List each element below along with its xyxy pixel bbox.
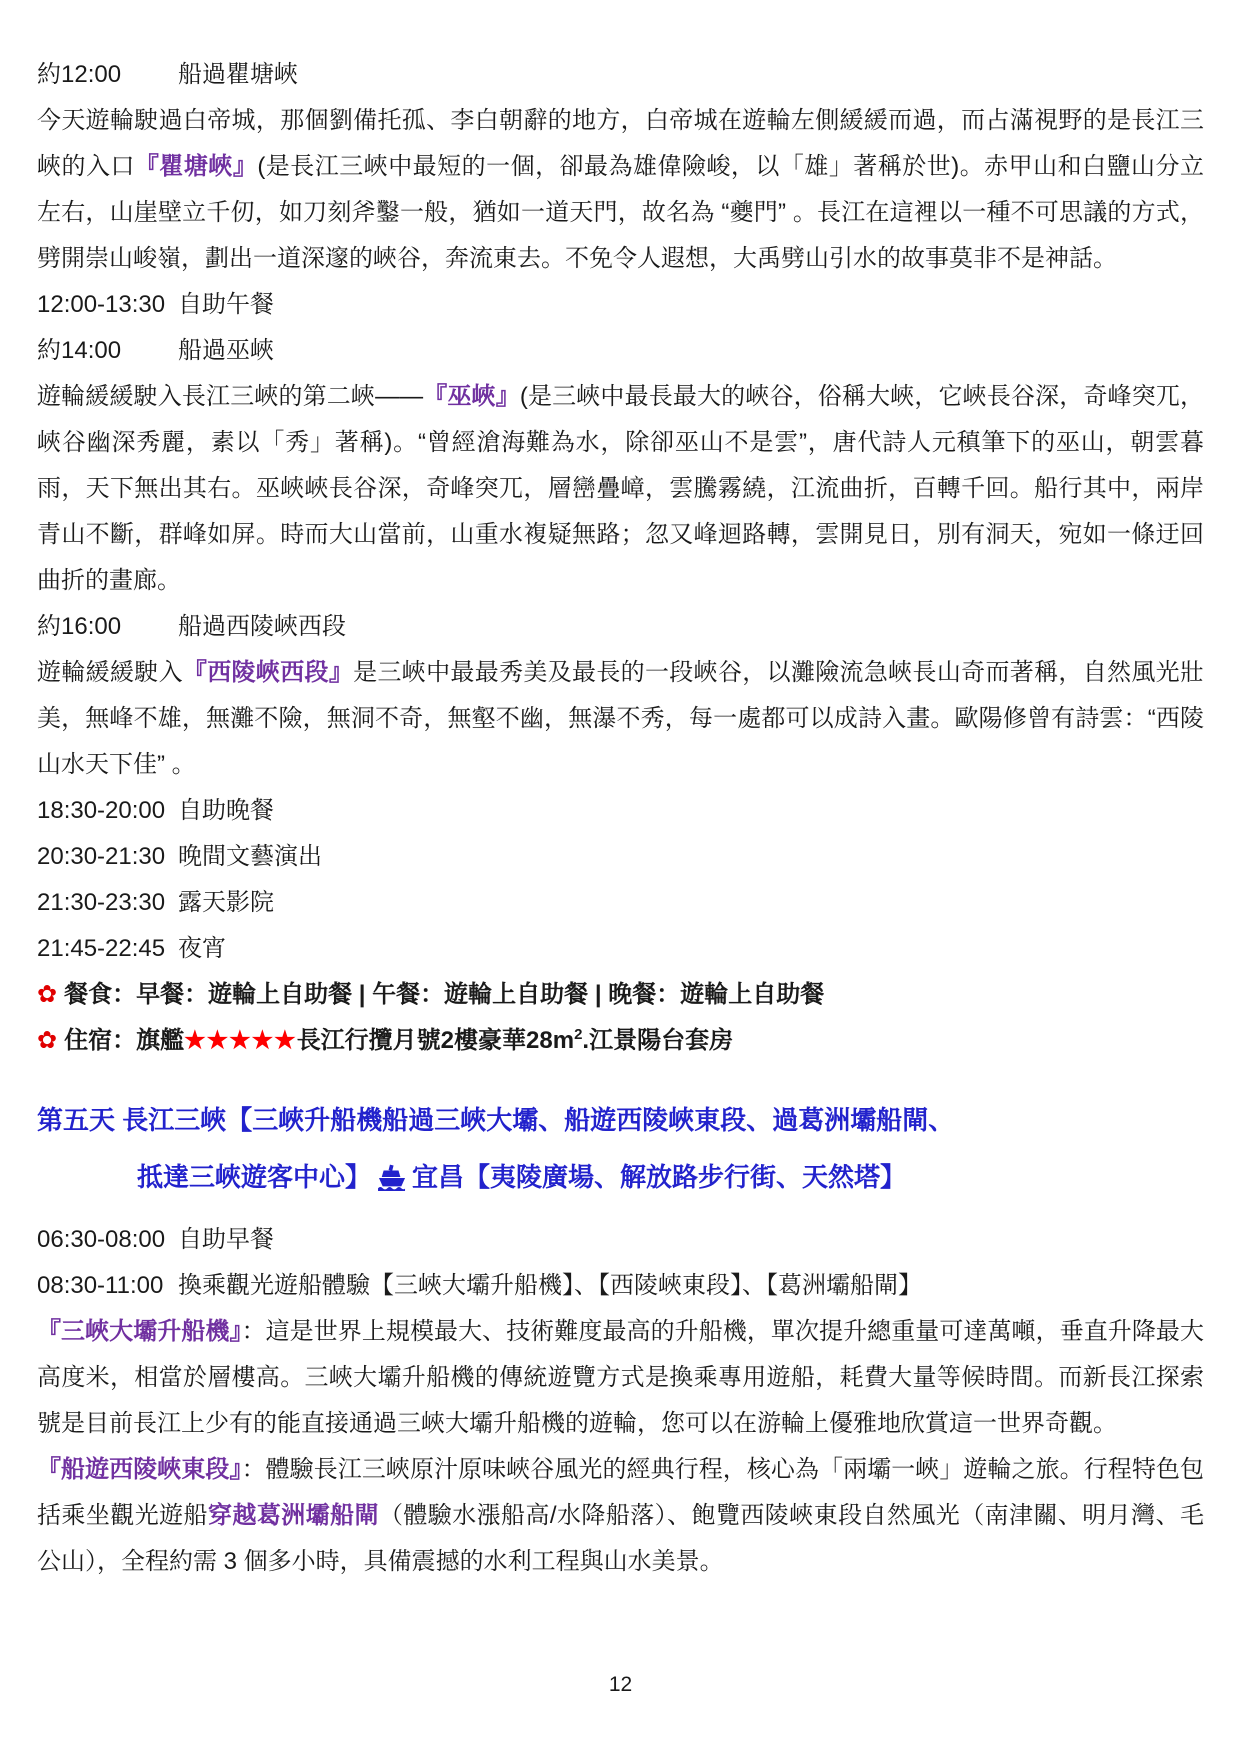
heading-text: 抵達三峽遊客中心】 [137,1162,371,1192]
schedule-row: 08:30-11:00 換乘觀光遊船體驗【三峽大壩升船機】、【西陵峽東段】、【葛… [37,1263,1204,1309]
paragraph-xiling-east: 『船遊西陵峽東段』：體驗長江三峽原汁原味峽谷風光的經典行程，核心為「兩壩一峽」遊… [37,1447,1204,1585]
schedule-row: 06:30-08:00 自助早餐 [37,1217,1204,1263]
star-rating: ★★★★★ [184,1027,297,1054]
schedule-row: 12:00-13:30 自助午餐 [37,282,1204,328]
text-run: (是三峽中最長最大的峽谷，俗稱大峽，它峽長谷深，奇峰突兀，峽谷幽深秀麗，素以「秀… [37,383,1204,594]
schedule-time: 20:30-21:30 [37,834,178,880]
schedule-row: 20:30-21:30 晚間文藝演出 [37,834,1204,880]
highlight-gezhouba-lock: 穿越葛洲壩船閘 [208,1502,379,1529]
text-run: 遊輪緩緩駛入長江三峽的第二峽—— [37,383,423,410]
highlight-xiling-west: 『西陵峽西段』 [183,659,353,686]
schedule-activity: 自助晚餐 [178,788,1204,834]
schedule-activity: 晚間文藝演出 [178,834,1204,880]
schedule-row: 21:30-23:30 露天影院 [37,880,1204,926]
schedule-time: 21:45-22:45 [37,926,178,972]
schedule-time: 12:00-13:30 [37,282,178,328]
paragraph-qutang-gorge: 今天遊輪駛過白帝城，那個劉備托孤、李白朝辭的地方，白帝城在遊輪左側緩緩而過，而占… [37,98,1204,282]
schedule-time: 約16:00 [37,604,178,650]
highlight-ship-lift: 『三峽大壩升船機』 [37,1318,242,1345]
meals-line: ✿餐食：早餐：遊輪上自助餐 | 午餐：遊輪上自助餐 | 晚餐：遊輪上自助餐 [37,972,1204,1018]
schedule-activity: 露天影院 [178,880,1204,926]
schedule-time: 21:30-23:30 [37,880,178,926]
schedule-activity: 夜宵 [178,926,1204,972]
schedule-row: 約12:00 船過瞿塘峽 [37,52,1204,98]
paragraph-xiling-west: 遊輪緩緩駛入『西陵峽西段』是三峽中最最秀美及最長的一段峽谷，以灘險流急峽長山奇而… [37,650,1204,788]
highlight-xiling-east-cruise: 『船遊西陵峽東段』 [37,1456,242,1483]
schedule-row: 18:30-20:00 自助晚餐 [37,788,1204,834]
paragraph-wu-gorge: 遊輪緩緩駛入長江三峽的第二峽——『巫峽』(是三峽中最長最大的峽谷，俗稱大峽，它峽… [37,374,1204,604]
schedule-row: 約14:00 船過巫峽 [37,328,1204,374]
document-page: 約12:00 船過瞿塘峽 今天遊輪駛過白帝城，那個劉備托孤、李白朝辭的地方，白帝… [37,52,1204,1697]
schedule-row: 約16:00 船過西陵峽西段 [37,604,1204,650]
day5-heading-line2: 抵達三峽遊客中心】宜昌【夷陵廣場、解放路步行街、天然塔】 [37,1149,1204,1211]
schedule-time: 08:30-11:00 [37,1263,178,1309]
page-number: 12 [37,1673,1204,1697]
day5-heading: 第五天 長江三峽【三峽升船機船過三峽大壩、船遊西陵峽東段、過葛洲壩船閘、 抵達三… [37,1092,1204,1211]
schedule-time: 約14:00 [37,328,178,374]
text-run: 遊輪緩緩駛入 [37,659,183,686]
lodging-text: .江景陽台套房 [582,1027,733,1054]
day5-heading-line1: 第五天 長江三峽【三峽升船機船過三峽大壩、船遊西陵峽東段、過葛洲壩船閘、 [37,1092,1204,1149]
meals-text: 早餐：遊輪上自助餐 | 午餐：遊輪上自助餐 | 晚餐：遊輪上自助餐 [136,981,824,1008]
flower-icon: ✿ [37,1027,57,1054]
schedule-time: 約12:00 [37,52,178,98]
lodging-label: 住宿：旗艦 [64,1027,184,1054]
schedule-activity: 換乘觀光遊船體驗【三峽大壩升船機】、【西陵峽東段】、【葛洲壩船閘】 [178,1263,1204,1309]
heading-text: 宜昌【夷陵廣場、解放路步行街、天然塔】 [412,1162,906,1192]
lodging-text: 長江行攬月號2樓豪華28m [297,1027,574,1054]
paragraph-ship-lift: 『三峽大壩升船機』：這是世界上規模最大、技術難度最高的升船機，單次提升總重量可達… [37,1309,1204,1447]
lodging-line: ✿住宿：旗艦★★★★★長江行攬月號2樓豪華28m2.江景陽台套房 [37,1018,1204,1064]
schedule-activity: 船過西陵峽西段 [178,604,1204,650]
schedule-activity: 船過巫峽 [178,328,1204,374]
highlight-qutang-gorge: 『瞿塘峽』 [135,153,257,180]
meals-label: 餐食： [64,981,136,1008]
schedule-activity: 船過瞿塘峽 [178,52,1204,98]
ship-icon [377,1154,407,1211]
schedule-activity: 自助早餐 [178,1217,1204,1263]
schedule-row: 21:45-22:45 夜宵 [37,926,1204,972]
flower-icon: ✿ [37,981,57,1008]
schedule-time: 06:30-08:00 [37,1217,178,1263]
highlight-wu-gorge: 『巫峽』 [423,383,520,410]
schedule-time: 18:30-20:00 [37,788,178,834]
schedule-activity: 自助午餐 [178,282,1204,328]
